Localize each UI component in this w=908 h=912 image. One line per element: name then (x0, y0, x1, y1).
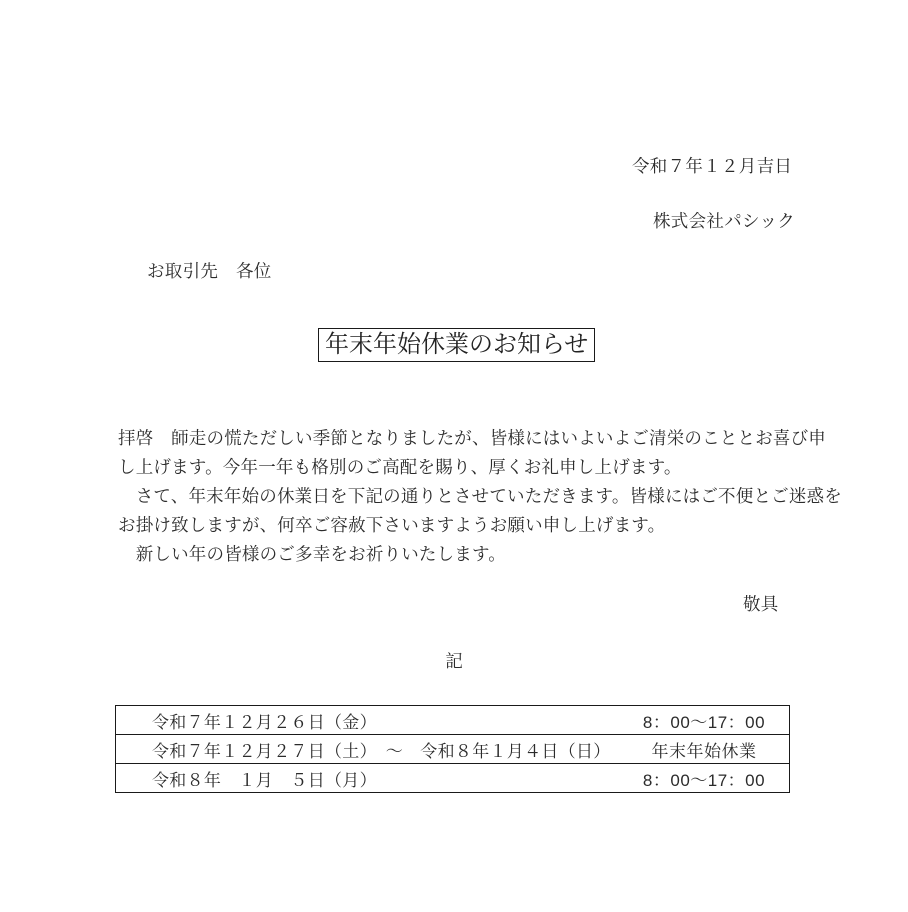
closing-word: 敬具 (743, 595, 779, 614)
table-row-1: 令和７年１２月２６日（金） 8：00～17：00 (116, 706, 789, 734)
schedule-table: 令和７年１２月２６日（金） 8：00～17：00 令和７年１２月２７日（土） ～… (115, 705, 790, 793)
status-cell: 年末年始休業 (619, 737, 789, 762)
body-line-4: お掛け致しますが、何卒ご容赦下さいますようお願い申し上げます。 (118, 511, 803, 540)
body-line-1: 拝啓 師走の慌ただしい季節となりましたが、皆様にはいよいよご清栄のこととお喜び申 (118, 424, 803, 453)
table-row-2: 令和７年１２月２７日（土） ～ 令和８年１月４日（日） 年末年始休業 (116, 734, 789, 763)
document-date: 令和７年１２月吉日 (632, 157, 792, 176)
body-text: 拝啓 師走の慌ただしい季節となりましたが、皆様にはいよいよご清栄のこととお喜び申… (118, 424, 803, 569)
company-name: 株式会社パシック (653, 212, 795, 231)
period-cell: 令和７年１２月２６日（金） (116, 708, 619, 733)
recipient-line: お取引先 各位 (147, 262, 272, 281)
period-cell: 令和７年１２月２７日（土） ～ 令和８年１月４日（日） (116, 737, 619, 762)
record-marker: 記 (0, 648, 908, 673)
period-cell: 令和８年 １月 ５日（月） (116, 766, 619, 791)
status-cell: 8：00～17：00 (619, 766, 789, 791)
document-page: 令和７年１２月吉日 株式会社パシック お取引先 各位 年末年始休業のお知らせ 拝… (0, 0, 908, 912)
body-line-5: 新しい年の皆様のご多幸をお祈りいたします。 (118, 540, 803, 569)
document-title: 年末年始休業のお知らせ (318, 328, 595, 362)
body-line-2: し上げます。今年一年も格別のご高配を賜り、厚くお礼申し上げます。 (118, 453, 803, 482)
status-cell: 8：00～17：00 (619, 708, 789, 733)
table-row-3: 令和８年 １月 ５日（月） 8：00～17：00 (116, 763, 789, 792)
body-line-3: さて、年末年始の休業日を下記の通りとさせていただきます。皆様にはご不便とご迷惑を (118, 482, 803, 511)
